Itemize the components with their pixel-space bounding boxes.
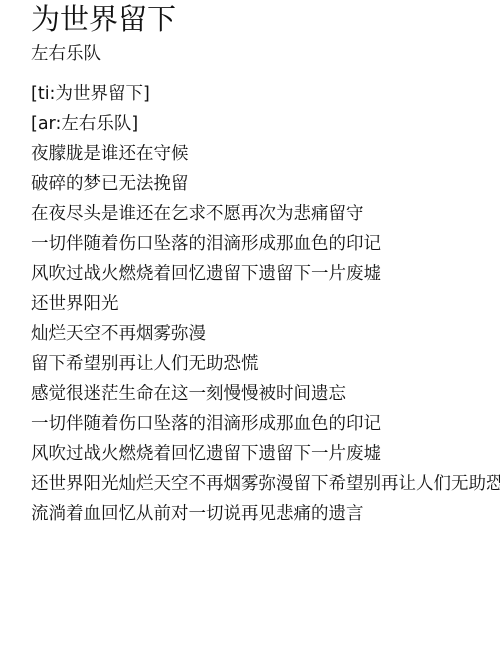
lyric-line: 留下希望别再让人们无助恐慌 [31,349,500,379]
lyric-line: 破碎的梦已无法挽留 [31,169,500,199]
lyric-line: 风吹过战火燃烧着回忆遗留下遗留下一片废墟 [31,259,500,289]
lyric-line-title-tag: [ti:为世界留下] [31,79,500,109]
song-title: 为世界留下 [31,0,500,38]
lyric-line: 夜朦胧是谁还在守候 [31,139,500,169]
lyric-line: 还世界阳光灿烂天空不再烟雾弥漫留下希望别再让人们无助恐慌 [31,469,500,499]
song-artist: 左右乐队 [31,40,500,68]
lyric-line: 风吹过战火燃烧着回忆遗留下遗留下一片废墟 [31,439,500,469]
lyric-line: 还世界阳光 [31,289,500,319]
lyrics-list: [ti:为世界留下] [ar:左右乐队] 夜朦胧是谁还在守候 破碎的梦已无法挽留… [31,79,500,529]
lyric-line: 一切伴随着伤口坠落的泪滴形成那血色的印记 [31,229,500,259]
lyrics-page: 为世界留下 左右乐队 [ti:为世界留下] [ar:左右乐队] 夜朦胧是谁还在守… [31,0,500,529]
lyric-line: 流淌着血回忆从前对一切说再见悲痛的遗言 [31,499,500,529]
lyric-line: 灿烂天空不再烟雾弥漫 [31,319,500,349]
lyric-line: 在夜尽头是谁还在乞求不愿再次为悲痛留守 [31,199,500,229]
lyric-line: 一切伴随着伤口坠落的泪滴形成那血色的印记 [31,409,500,439]
lyric-line: 感觉很迷茫生命在这一刻慢慢被时间遗忘 [31,379,500,409]
lyric-line-artist-tag: [ar:左右乐队] [31,109,500,139]
